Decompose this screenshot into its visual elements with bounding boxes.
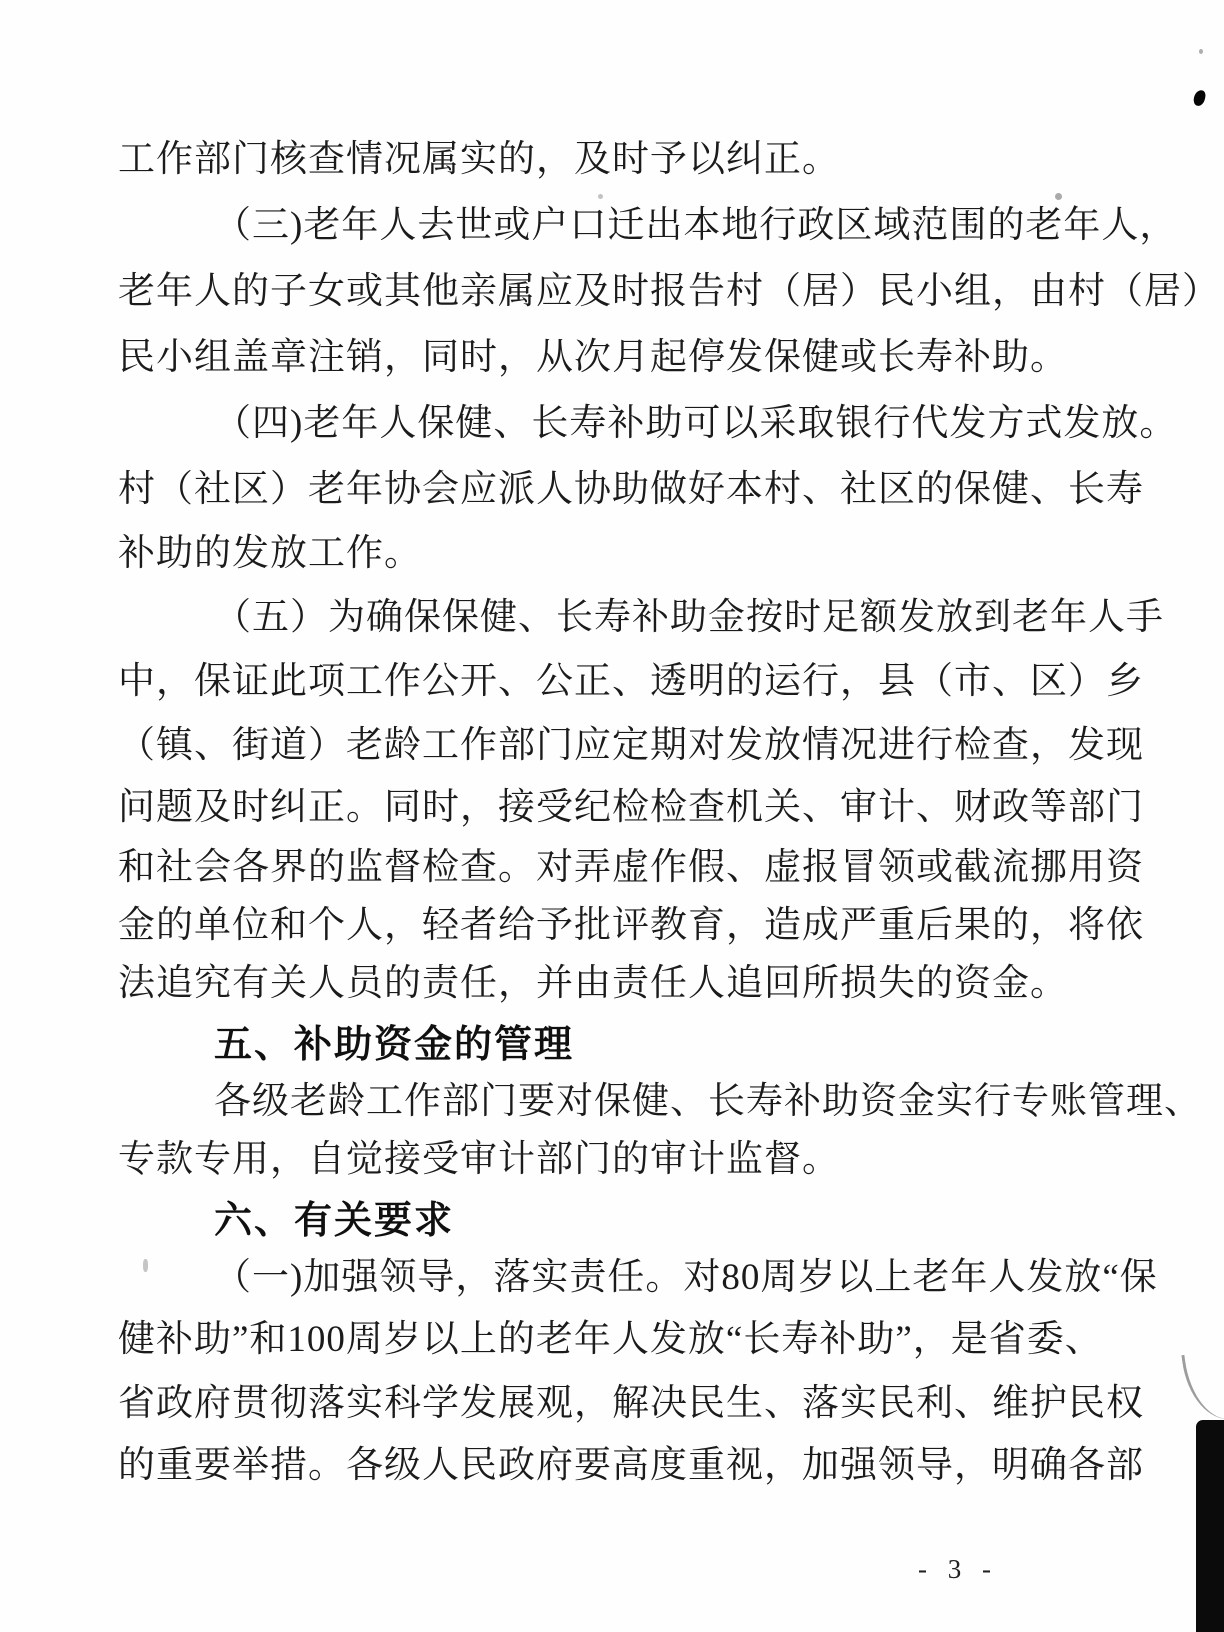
scan-edge-band <box>1196 1420 1224 1632</box>
doc-line: 健补助”和100周岁以上的老年人发放“长寿补助”，是省委、 <box>118 1320 1103 1361</box>
doc-line: 民小组盖章注销，同时，从次月起停发保健或长寿补助。 <box>118 338 1068 379</box>
doc-line: 老年人的子女或其他亲属应及时报告村（居）民小组，由村（居） <box>118 272 1220 313</box>
scan-speck <box>1055 193 1062 200</box>
doc-line: 和社会各界的监督检查。对弄虚作假、虚报冒领或截流挪用资 <box>118 848 1144 889</box>
doc-line: （一)加强领导，落实责任。对80周岁以上老年人发放“保 <box>214 1258 1158 1299</box>
doc-line: 法追究有关人员的责任，并由责任人追回所损失的资金。 <box>118 964 1068 1005</box>
scan-edge-curve <box>1181 1349 1224 1424</box>
scan-speck <box>143 1259 148 1272</box>
scan-ink-dot <box>1192 89 1206 107</box>
scanned-document-page: 工作部门核查情况属实的，及时予以纠正。 （三)老年人去世或户口迁出本地行政区域范… <box>0 0 1224 1632</box>
doc-line: 专款专用，自觉接受审计部门的审计监督。 <box>118 1140 840 1181</box>
scan-speck <box>1199 49 1203 54</box>
doc-line: （四)老年人保健、长寿补助可以采取银行代发方式发放。 <box>214 404 1177 445</box>
doc-line: 村（社区）老年协会应派人协助做好本村、社区的保健、长寿 <box>118 470 1144 511</box>
doc-line: 工作部门核查情况属实的，及时予以纠正。 <box>118 140 840 181</box>
doc-line: （五）为确保保健、长寿补助金按时足额发放到老年人手 <box>214 598 1164 639</box>
doc-line: 省政府贯彻落实科学发展观，解决民生、落实民利、维护民权 <box>118 1384 1144 1425</box>
doc-line: 中，保证此项工作公开、公正、透明的运行，县（市、区）乡 <box>118 662 1144 703</box>
section-heading-6: 六、有关要求 <box>214 1200 454 1242</box>
doc-line: 各级老龄工作部门要对保健、长寿补助资金实行专账管理、 <box>214 1082 1202 1123</box>
doc-line: （镇、街道）老龄工作部门应定期对发放情况进行检查，发现 <box>118 726 1144 767</box>
doc-line: （三)老年人去世或户口迁出本地行政区域范围的老年人， <box>214 206 1177 247</box>
doc-line: 补助的发放工作。 <box>118 534 422 575</box>
doc-line: 问题及时纠正。同时，接受纪检检查机关、审计、财政等部门 <box>118 788 1144 829</box>
doc-line: 金的单位和个人，轻者给予批评教育，造成严重后果的，将依 <box>118 906 1144 947</box>
section-heading-5: 五、补助资金的管理 <box>214 1024 574 1066</box>
page-number: - 3 - <box>918 1554 998 1585</box>
scan-speck <box>598 194 603 199</box>
doc-line: 的重要举措。各级人民政府要高度重视，加强领导，明确各部 <box>118 1446 1144 1487</box>
